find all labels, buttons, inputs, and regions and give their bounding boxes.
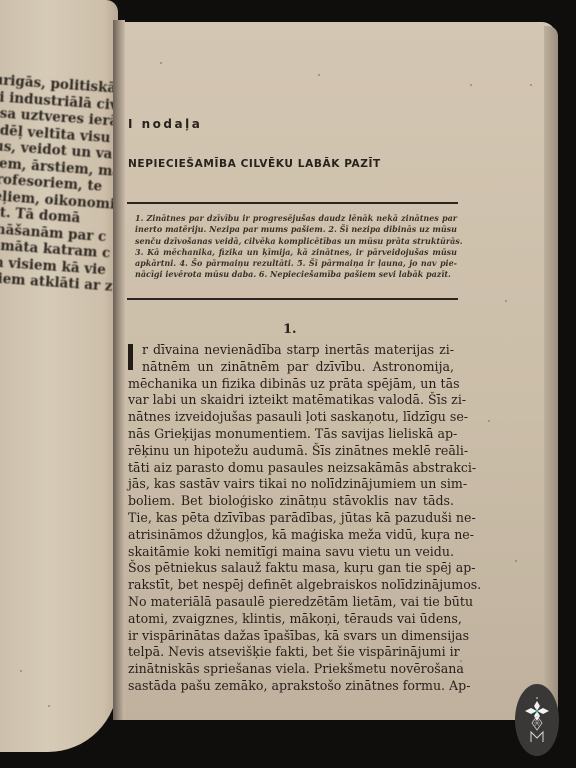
body-line: telpā. Nevis atsevišķie fakti, bet šie v… xyxy=(128,644,454,661)
chapter-summary: 1. Zinātnes par dzīvību ir progresējušas… xyxy=(135,213,457,281)
body-line: sastāda pašu zemāko, aprakstošo zinātnes… xyxy=(128,678,454,695)
body-line: tāti aiz parasto domu pasaules neizsakām… xyxy=(128,460,454,477)
book-gutter xyxy=(113,20,125,720)
body-line: ir vispārinātas dažas īpašības, kā svars… xyxy=(128,628,454,645)
section-number: 1. xyxy=(283,322,297,337)
paper-speck xyxy=(160,62,162,64)
body-line: jās, kas sastāv vairs tikai no nolīdzinā… xyxy=(128,476,454,493)
body-line: atomi, zvaigznes, klintis, mākoņi, tērau… xyxy=(128,611,454,628)
summary-line: apkārtni. 4. Šo pārmaiņu rezultāti. 5. Š… xyxy=(135,258,457,269)
paper-speck xyxy=(48,705,50,707)
page-edge xyxy=(544,26,558,716)
body-line: rakstīt, bet nespēj definēt algebraiskos… xyxy=(128,577,454,594)
body-line: nātnes izveidojušas pasauli ļoti saskaņo… xyxy=(128,409,454,426)
paper-speck xyxy=(505,300,507,302)
left-page: urigās, politiskās ri industriālā civ es… xyxy=(0,0,118,752)
flower-diamond-m-logo-icon xyxy=(515,684,559,756)
summary-bottom-rule xyxy=(127,298,458,300)
body-line: mēchanika un fizika dibinās uz prāta spē… xyxy=(128,376,454,393)
summary-line: senču dzīvošanas veidā, cilvēka komplicē… xyxy=(135,236,457,247)
body-line: zinātniskās spriešanas viela. Priekšmetu… xyxy=(128,661,454,678)
body-line: No materiālā pasaulē pieredzētām lietām,… xyxy=(128,594,454,611)
body-line: Šos pētniekus salauž faktu masa, kuŗu ga… xyxy=(128,560,454,577)
paper-speck xyxy=(530,84,532,86)
left-page-text: urigās, politiskās ri industriālā civ es… xyxy=(0,72,118,295)
body-line: r dīvaina nevienādība starp inertās mate… xyxy=(128,342,454,359)
summary-line: inerto matēriju. Nezipa par mums pašiem.… xyxy=(135,224,457,235)
watermark-badge xyxy=(515,684,559,756)
paper-speck xyxy=(20,670,22,672)
paper-speck xyxy=(515,560,517,562)
body-line: boliem. Bet bioloģisko zinātņu stāvoklis… xyxy=(128,493,454,510)
body-line: rēķinu un hipotežu audumā. Šīs zinātnes … xyxy=(128,443,454,460)
paper-speck xyxy=(318,74,320,76)
body-line: var labi un skaidri izteikt matēmatikas … xyxy=(128,392,454,409)
chapter-title: NEPIECIEŠAMĪBA CILVĒKU LABĀK PAZĪT xyxy=(128,157,381,170)
body-line: nātnēm un zinātnēm par dzīvību. Astronom… xyxy=(128,359,454,376)
summary-line: 1. Zinātnes par dzīvību ir progresējušas… xyxy=(135,213,457,224)
body-line: Tie, kas pēta dzīvības parādības, jūtas … xyxy=(128,510,454,527)
body-text: r dīvaina nevienādība starp inertās mate… xyxy=(128,342,454,695)
paper-speck xyxy=(470,84,472,86)
chapter-label: I nodaļa xyxy=(128,117,202,131)
summary-top-rule xyxy=(127,202,458,204)
summary-line: nācīgi ievērota mūsu daba. 6. Nepiecieša… xyxy=(135,269,457,280)
body-line: nās Grieķijas monumentiem. Tās savijas l… xyxy=(128,426,454,443)
summary-line: 3. Kā mēchanika, fizika un ķīmija, kā zi… xyxy=(135,247,457,258)
paper-speck xyxy=(488,420,490,422)
body-line: skaitāmie koki nemitīgi maina savu vietu… xyxy=(128,544,454,561)
body-line: atrisināmos džungļos, kā maģiska meža vi… xyxy=(128,527,454,544)
